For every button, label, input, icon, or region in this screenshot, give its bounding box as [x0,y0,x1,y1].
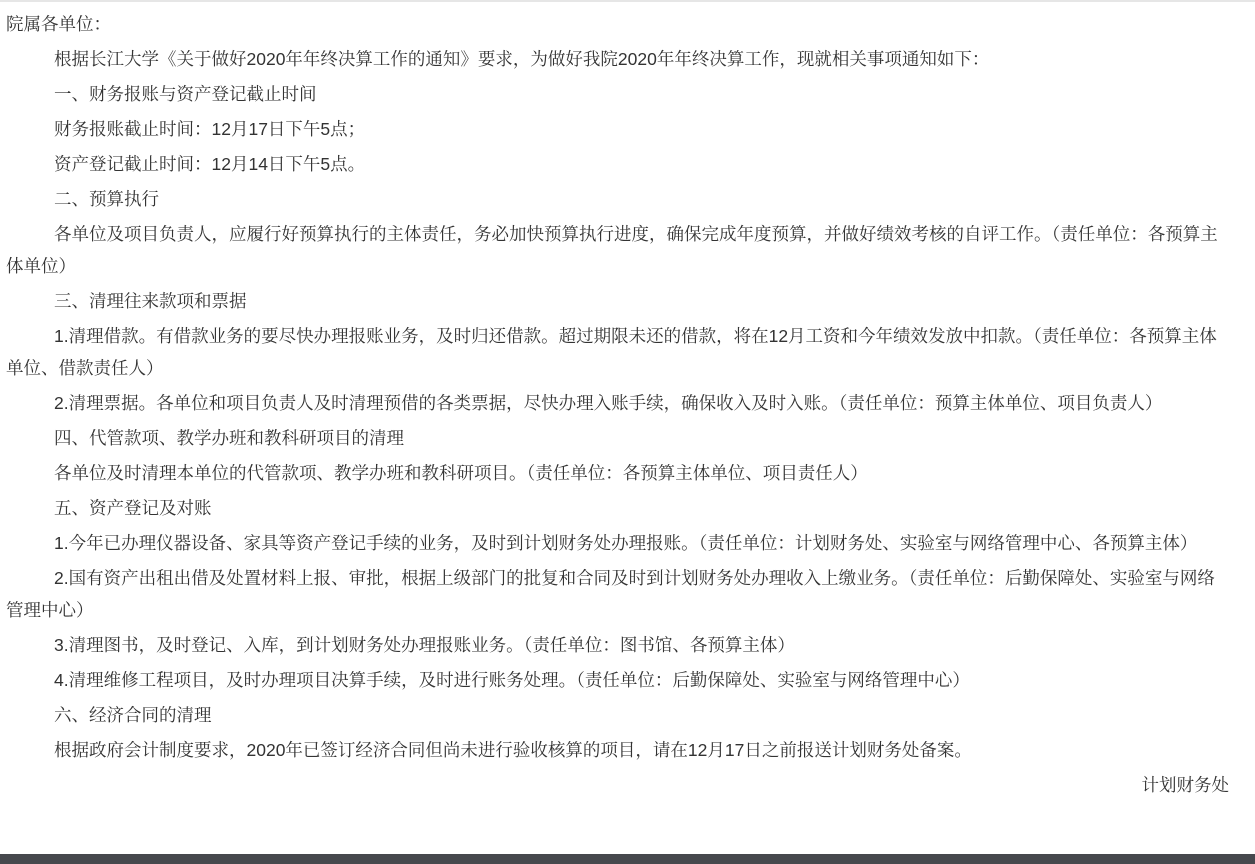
salutation: 院属各单位： [6,8,1229,40]
paragraph: 2.清理票据。各单位和项目负责人及时清理预借的各类票据，尽快办理入账手续，确保收… [6,387,1229,419]
signature: 计划财务处 [6,769,1229,801]
notice-document: 院属各单位：根据长江大学《关于做好2020年年终决算工作的通知》要求，为做好我院… [0,2,1255,801]
paragraph: 各单位及项目负责人，应履行好预算执行的主体责任，务必加快预算执行进度，确保完成年… [6,218,1229,282]
paragraph: 五、资产登记及对账 [6,492,1229,524]
paragraph: 资产登记截止时间：12月14日下午5点。 [6,148,1229,180]
notice-page: 院属各单位：根据长江大学《关于做好2020年年终决算工作的通知》要求，为做好我院… [0,0,1255,864]
paragraph: 1.今年已办理仪器设备、家具等资产登记手续的业务，及时到计划财务处办理报账。（责… [6,527,1229,559]
paragraph: 六、经济合同的清理 [6,699,1229,731]
paragraph: 财务报账截止时间：12月17日下午5点； [6,113,1229,145]
paragraph: 四、代管款项、教学办班和教科研项目的清理 [6,422,1229,454]
bottom-bar [0,854,1255,864]
paragraph: 3.清理图书，及时登记、入库，到计划财务处办理报账业务。（责任单位：图书馆、各预… [6,629,1229,661]
paragraph: 2.国有资产出租出借及处置材料上报、审批，根据上级部门的批复和合同及时到计划财务… [6,562,1229,626]
paragraph: 根据长江大学《关于做好2020年年终决算工作的通知》要求，为做好我院2020年年… [6,43,1229,75]
paragraph: 4.清理维修工程项目，及时办理项目决算手续，及时进行账务处理。（责任单位：后勤保… [6,664,1229,696]
paragraph: 二、预算执行 [6,183,1229,215]
paragraph: 根据政府会计制度要求，2020年已签订经济合同但尚未进行验收核算的项目，请在12… [6,734,1229,766]
paragraph: 各单位及时清理本单位的代管款项、教学办班和教科研项目。（责任单位：各预算主体单位… [6,457,1229,489]
paragraph: 一、财务报账与资产登记截止时间 [6,78,1229,110]
paragraph: 1.清理借款。有借款业务的要尽快办理报账业务，及时归还借款。超过期限未还的借款，… [6,320,1229,384]
paragraph: 三、清理往来款项和票据 [6,285,1229,317]
